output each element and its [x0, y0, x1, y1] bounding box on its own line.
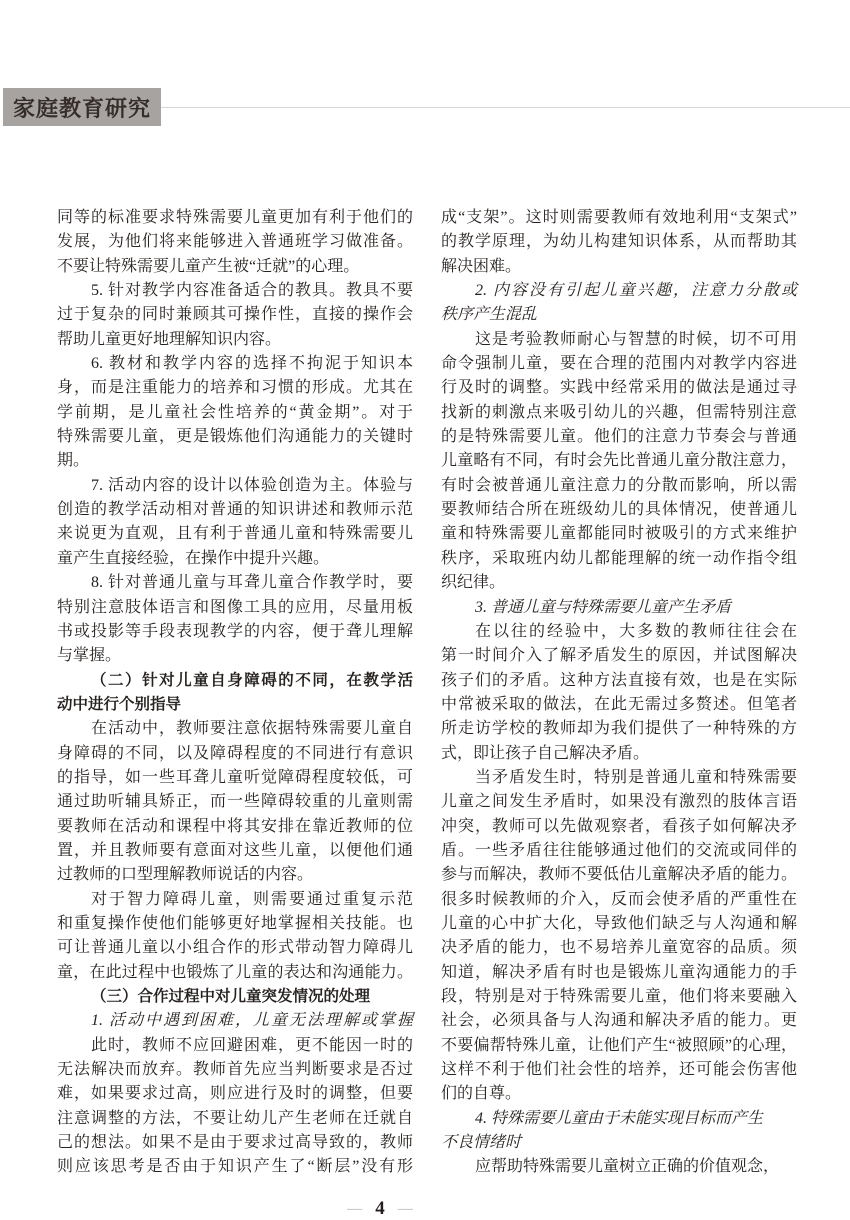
text-line: 在以往的经验中，大多数的教师往往会在 — [441, 620, 797, 644]
text-line: 中常被采取的做法，在此无需过多赘述。但笔者 — [441, 693, 797, 717]
right-column: 成“支架”。这时则需要教师有效地利用“支架式”的教学原理，为幼儿构建知识体系，从… — [441, 206, 797, 1180]
text-line: 帮助儿童更好地理解知识内容。 — [57, 328, 413, 352]
page-footer: — 4 — — [325, 1196, 435, 1220]
text-line: 己的想法。如果不是由于要求过高导致的，教师 — [57, 1131, 413, 1155]
text-line: 7. 活动内容的设计以体验创造为主。体验与 — [57, 474, 413, 498]
text-line: 要教师在活动和课程中将其安排在靠近教师的位 — [57, 815, 413, 839]
text-line: 难，如果要求过高，则应进行及时的调整，但要 — [57, 1082, 413, 1106]
text-line: 式，即让孩子自己解决矛盾。 — [441, 742, 797, 766]
text-line: 有时会被普通儿童注意力的分散而影响，所以需 — [441, 474, 797, 498]
text-line: 1. 活动中遇到困难，儿童无法理解或掌握 — [57, 1009, 413, 1033]
header-rule — [161, 107, 850, 108]
text-line: 过教师的口型理解教师说话的内容。 — [57, 863, 413, 887]
text-line: 命令强制儿童，要在合理的范围内对教学内容进 — [441, 352, 797, 376]
text-line: 则应该思考是否由于知识产生了“断层”没有形 — [57, 1155, 413, 1179]
text-line: 特别注意肢体语言和图像工具的应用，尽量用板 — [57, 596, 413, 620]
text-line: 决矛盾的能力，也不易培养儿童宽容的品质。须 — [441, 936, 797, 960]
text-line: 知道，解决矛盾有时也是锻炼儿童沟通能力的手 — [441, 961, 797, 985]
text-line: 冲突，教师可以先做观察者，看孩子如何解决矛 — [441, 815, 797, 839]
page-number: 4 — [375, 1196, 385, 1220]
text-line: 孩子们的矛盾。这种方法直接有效，也是在实际 — [441, 669, 797, 693]
text-line: 的教学原理，为幼儿构建知识体系，从而帮助其 — [441, 230, 797, 254]
text-line: 的指导，如一些耳聋儿童听觉障碍程度较低，可 — [57, 766, 413, 790]
text-line: 8. 针对普通儿童与耳聋儿童合作教学时，要 — [57, 571, 413, 595]
left-column: 同等的标准要求特殊需要儿童更加有利于他们的发展，为他们将来能够进入普通班学习做准… — [57, 206, 413, 1180]
text-line: 这是考验教师耐心与智慧的时候，切不可用 — [441, 328, 797, 352]
footer-dash-left: — — [347, 1196, 362, 1220]
text-line: 盾。一些矛盾往往能够通过他们的交流或同伴的 — [441, 839, 797, 863]
text-line: 书或投影等手段表现教学的内容，便于聋儿理解 — [57, 620, 413, 644]
text-line: （三）合作过程中对儿童突发情况的处理 — [57, 985, 413, 1009]
text-line: 与掌握。 — [57, 644, 413, 668]
text-line: 段，特别是对于特殊需要儿童，他们将来要融入 — [441, 985, 797, 1009]
text-line: 创造的教学活动相对普通的知识讲述和教师示范 — [57, 498, 413, 522]
text-line: 在活动中，教师要注意依据特殊需要儿童自 — [57, 717, 413, 741]
text-line: 当矛盾发生时，特别是普通儿童和特殊需要 — [441, 766, 797, 790]
text-line: 第一时间介入了解矛盾发生的原因，并试图解决 — [441, 644, 797, 668]
text-line: 此时，教师不应回避困难，更不能因一时的 — [57, 1034, 413, 1058]
text-line: 同等的标准要求特殊需要儿童更加有利于他们的 — [57, 206, 413, 230]
text-line: （二）针对儿童自身障碍的不同，在教学活 — [57, 669, 413, 693]
text-line: 4. 特殊需要儿童由于未能实现目标而产生 — [441, 1107, 797, 1131]
text-line: 儿童的心中扩大化，导致他们缺乏与人沟通和解 — [441, 912, 797, 936]
text-line: 6. 教材和教学内容的选择不拘泥于知识本 — [57, 352, 413, 376]
journal-page: 家庭教育研究 同等的标准要求特殊需要儿童更加有利于他们的发展，为他们将来能够进入… — [0, 0, 850, 1220]
text-line: 过于复杂的同时兼顾其可操作性，直接的操作会 — [57, 303, 413, 327]
text-line: 参与而解决，教师不要低估儿童解决矛盾的能力。 — [441, 863, 797, 887]
text-line: 特殊需要儿童，更是锻炼他们沟通能力的关键时 — [57, 425, 413, 449]
footer-dash-right: — — [398, 1196, 413, 1220]
text-line: 通过助听辅具矫正，而一些障碍较重的儿童则需 — [57, 790, 413, 814]
text-line: 找新的刺激点来吸引幼儿的兴趣，但需特别注意 — [441, 401, 797, 425]
text-line: 解决困难。 — [441, 255, 797, 279]
text-line: 来说更为直观，且有利于普通儿童和特殊需要儿 — [57, 522, 413, 546]
text-line: 童和特殊需要儿童都能同时被吸引的方式来维护 — [441, 522, 797, 546]
text-line: 5. 针对教学内容准备适合的教具。教具不要 — [57, 279, 413, 303]
text-line: 身，而是注重能力的培养和习惯的形成。尤其在 — [57, 376, 413, 400]
text-line: 不要偏帮特殊儿童，让他们产生“被照顾”的心理， — [441, 1034, 797, 1058]
text-line: 不要让特殊需要儿童产生被“迁就”的心理。 — [57, 255, 413, 279]
text-line: 所走访学校的教师却为我们提供了一种特殊的方 — [441, 717, 797, 741]
text-line: 动中进行个别指导 — [57, 693, 413, 717]
text-line: 3. 普通儿童与特殊需要儿童产生矛盾 — [441, 596, 797, 620]
text-line: 发展，为他们将来能够进入普通班学习做准备。 — [57, 230, 413, 254]
text-line: 行及时的调整。实践中经常采用的做法是通过寻 — [441, 376, 797, 400]
text-line: 置，并且教师要有意面对这些儿童，以便他们通 — [57, 839, 413, 863]
text-line: 学前期，是儿童社会性培养的“黄金期”。对于 — [57, 401, 413, 425]
text-line: 要教师结合所在班级幼儿的具体情况，使普通儿 — [441, 498, 797, 522]
text-line: 对于智力障碍儿童，则需要通过重复示范 — [57, 888, 413, 912]
text-line: 这样不利于他们社会性的培养，还可能会伤害他 — [441, 1058, 797, 1082]
text-line: 应帮助特殊需要儿童树立正确的价值观念， — [441, 1155, 797, 1179]
text-line: 秩序，采取班内幼儿都能理解的统一动作指令组 — [441, 547, 797, 571]
text-line: 可让普通儿童以小组合作的形式带动智力障碍儿 — [57, 936, 413, 960]
text-line: 期。 — [57, 449, 413, 473]
section-header-tab: 家庭教育研究 — [3, 88, 161, 126]
text-line: 2. 内容没有引起儿童兴趣，注意力分散或 — [441, 279, 797, 303]
section-title: 家庭教育研究 — [13, 92, 151, 123]
text-line: 秩序产生混乱 — [441, 303, 797, 327]
text-line: 的是特殊需要儿童。他们的注意力节奏会与普通 — [441, 425, 797, 449]
text-line: 童产生直接经验，在操作中提升兴趣。 — [57, 547, 413, 571]
text-line: 不良情绪时 — [441, 1131, 797, 1155]
text-line: 们的自尊。 — [441, 1082, 797, 1106]
text-line: 很多时候教师的介入，反而会使矛盾的严重性在 — [441, 888, 797, 912]
text-line: 身障碍的不同，以及障碍程度的不同进行有意识 — [57, 742, 413, 766]
text-line: 社会，必须具备与人沟通和解决矛盾的能力。更 — [441, 1009, 797, 1033]
text-line: 无法解决而放弃。教师首先应当判断要求是否过 — [57, 1058, 413, 1082]
text-line: 织纪律。 — [441, 571, 797, 595]
text-line: 成“支架”。这时则需要教师有效地利用“支架式” — [441, 206, 797, 230]
text-line: 和重复操作使他们能够更好地掌握相关技能。也 — [57, 912, 413, 936]
text-line: 儿童略有不同，有时会先比普通儿童分散注意力， — [441, 449, 797, 473]
text-line: 注意调整的方法，不要让幼儿产生老师在迁就自 — [57, 1107, 413, 1131]
text-line: 儿童之间发生矛盾时，如果没有激烈的肢体言语 — [441, 790, 797, 814]
text-line: 童，在此过程中也锻炼了儿童的表达和沟通能力。 — [57, 961, 413, 985]
